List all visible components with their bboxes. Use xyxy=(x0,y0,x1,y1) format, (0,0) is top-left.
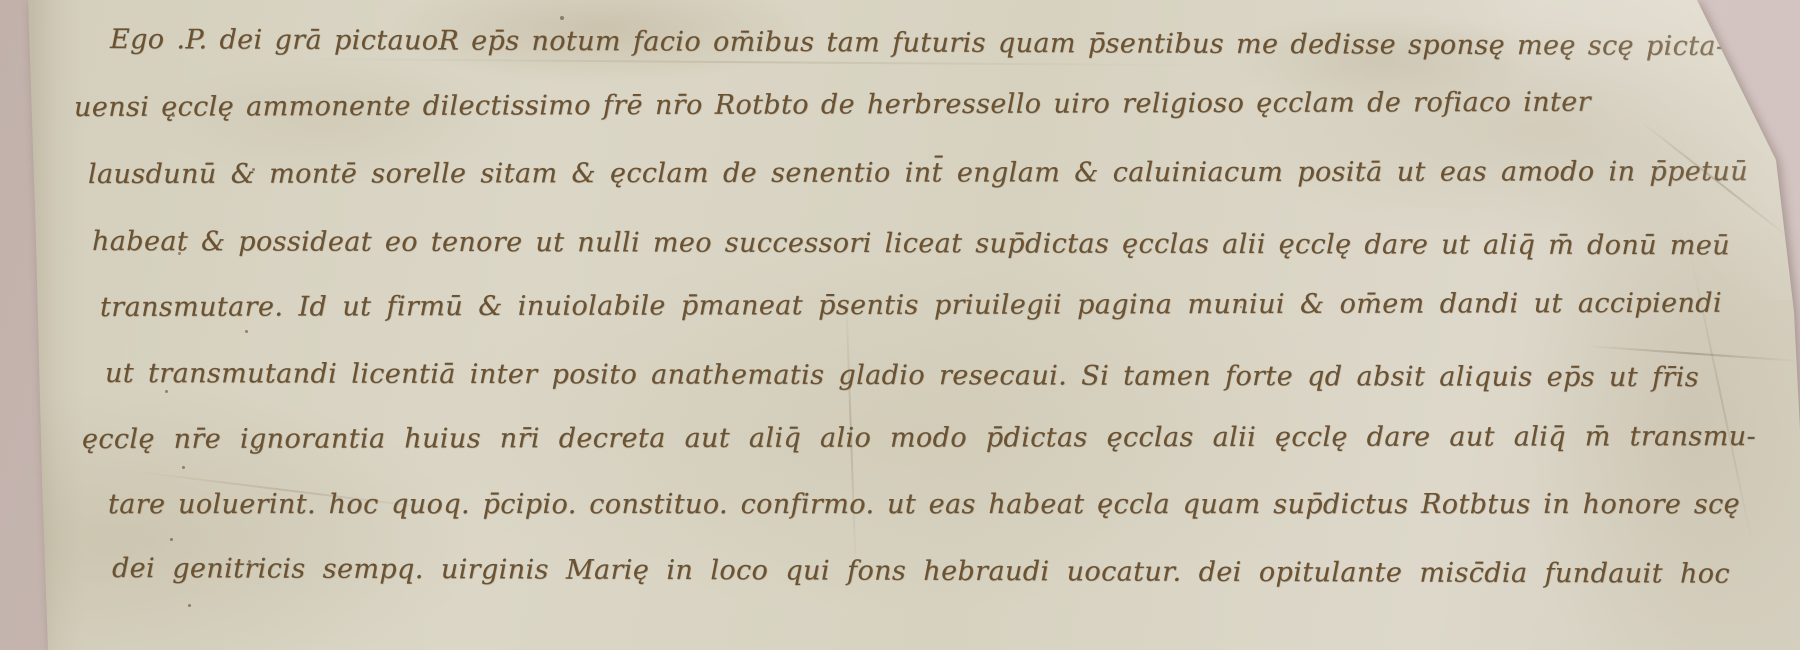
charter-line-9: dei genitricis sempq. uirginis Marię in … xyxy=(112,551,1730,593)
charter-line-1: Ego .P. dei grā pictauoR ep̄s notum faci… xyxy=(110,22,1655,65)
ink-speck xyxy=(560,16,564,20)
parchment-wrap: Ego .P. dei grā pictauoR ep̄s notum faci… xyxy=(0,0,1800,650)
ink-speck xyxy=(170,538,173,541)
parchment-sheet: Ego .P. dei grā pictauoR ep̄s notum faci… xyxy=(0,0,1800,650)
ink-speck xyxy=(188,604,191,607)
charter-line-8: tare uoluerint. hoc quoq. p̄cipio. const… xyxy=(108,487,1740,523)
ink-speck xyxy=(182,466,185,469)
charter-line-3: lausdunū & montē sorelle sitam & ęcclam … xyxy=(88,154,1748,193)
charter-line-5: transmutare. Id ut firmū & inuiolabile p… xyxy=(100,286,1722,326)
ink-speck xyxy=(245,330,248,333)
photograph: Ego .P. dei grā pictauoR ep̄s notum faci… xyxy=(0,0,1800,650)
charter-line-6: ut transmutandi licentiā inter posito an… xyxy=(105,356,1699,396)
parchment-crease xyxy=(1639,120,1790,239)
charter-line-4: habeat & possideat eo tenore ut nulli me… xyxy=(92,224,1730,264)
charter-line-2: uensi ęcclę ammonente dilectissimo frē n… xyxy=(74,85,1550,126)
charter-line-7: ęcclę nr̄e ignorantia huius nr̄i decreta… xyxy=(82,419,1756,458)
